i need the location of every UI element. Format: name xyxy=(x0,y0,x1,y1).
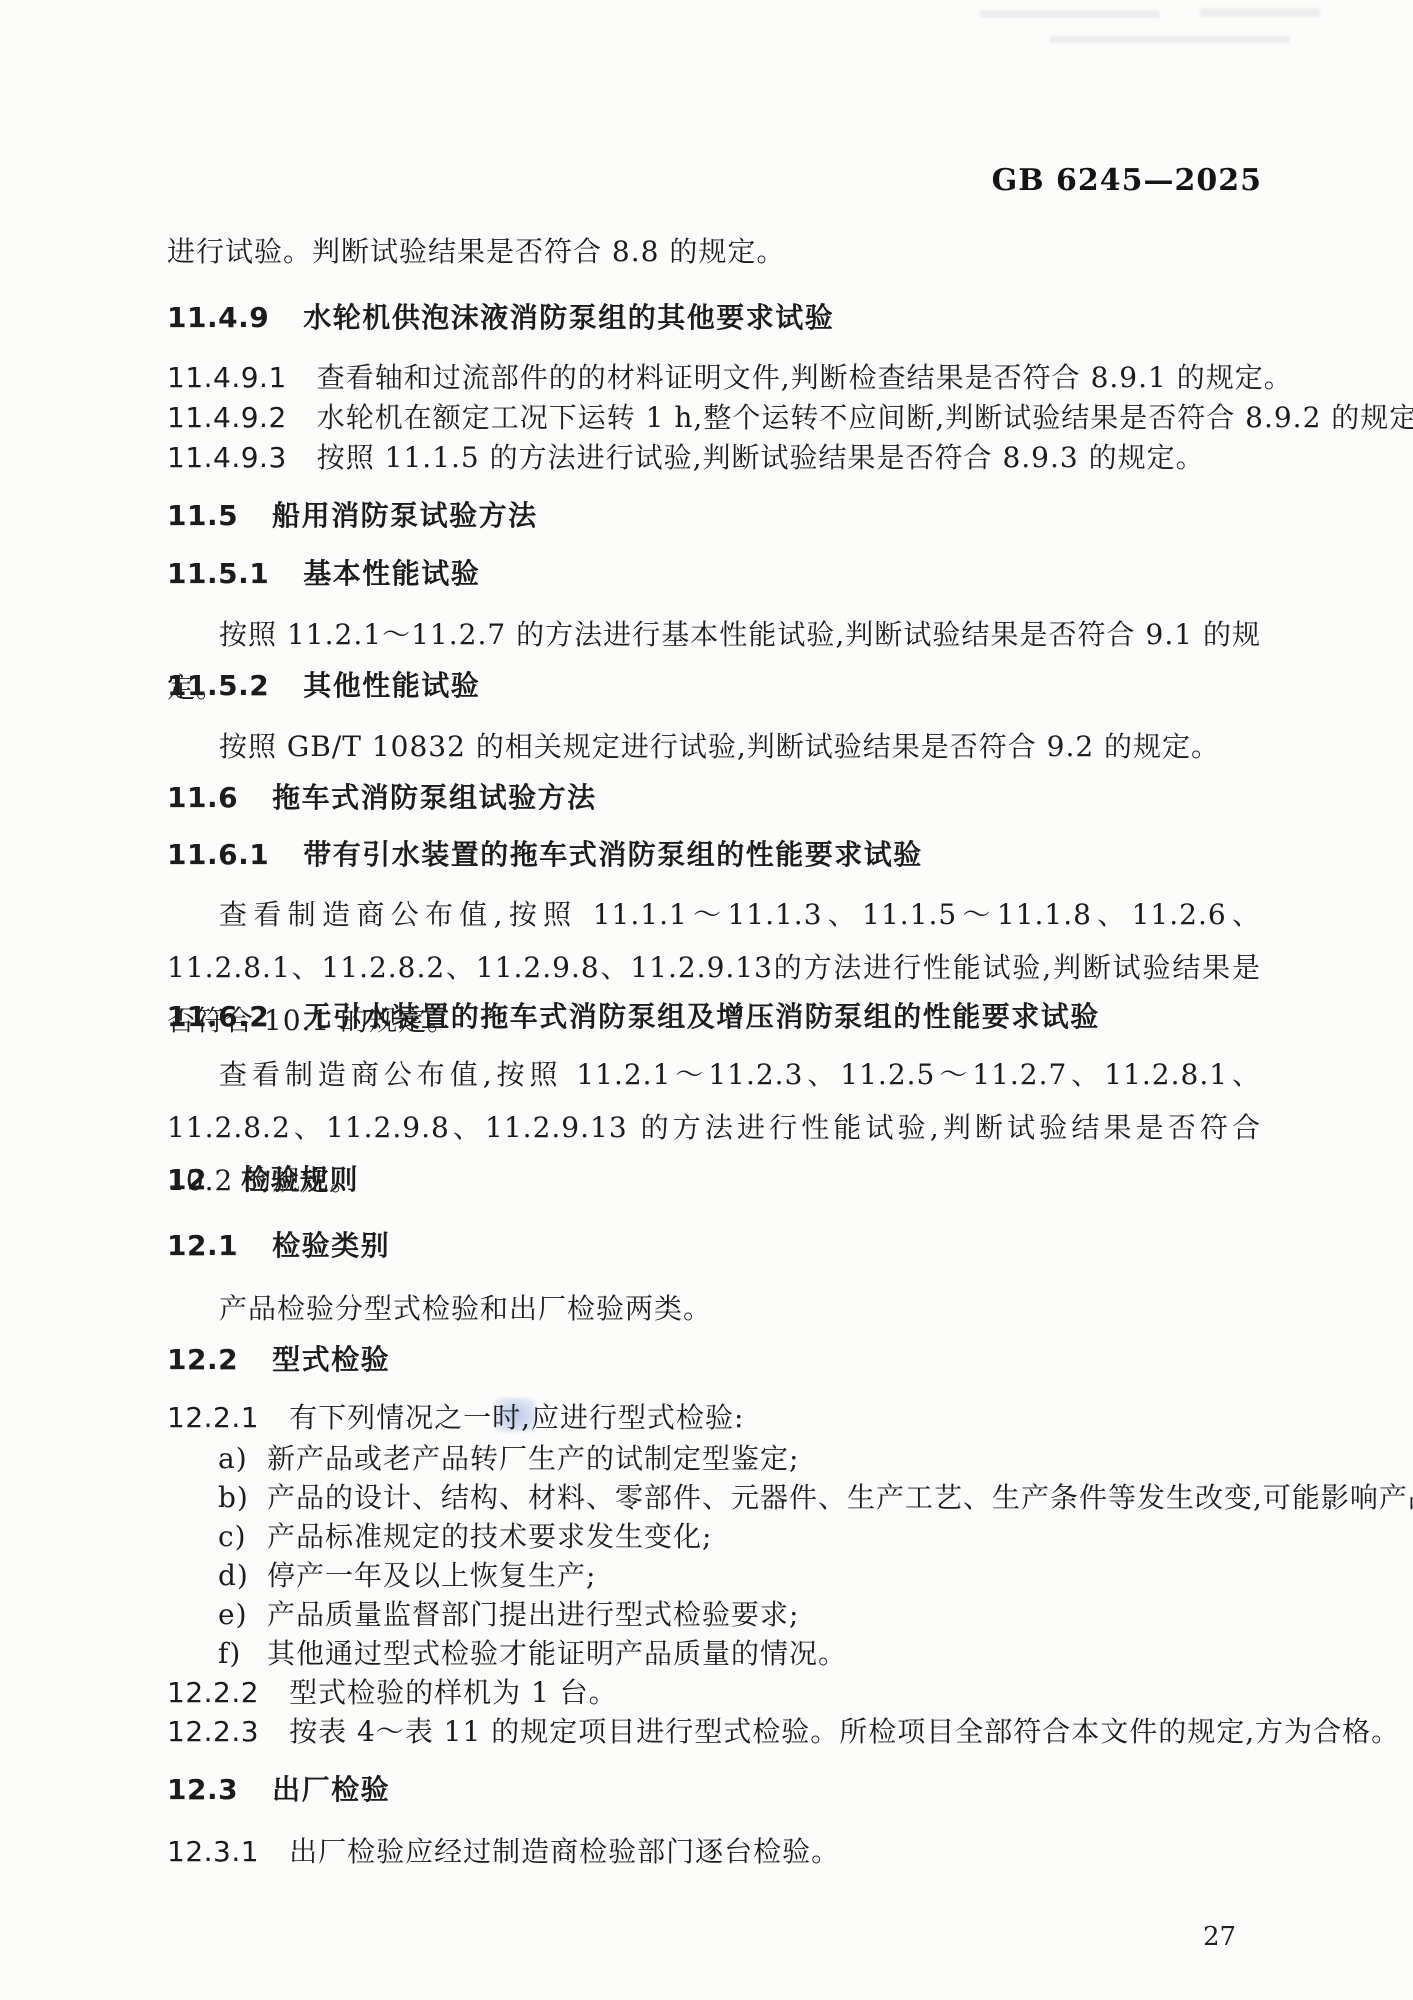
list-item-c: c)产品标准规定的技术要求发生变化; xyxy=(167,1515,1348,1555)
section-number: 11.6 xyxy=(167,781,238,814)
section-title: 检验类别 xyxy=(272,1229,390,1262)
clause-number: 12.3.1 xyxy=(167,1835,259,1868)
clause-number: 11.4.9.2 xyxy=(167,401,287,434)
running-header-standard-number: GB 6245—2025 xyxy=(992,163,1262,198)
clause-12-3-1: 12.3.1出厂检验应经过制造商检验部门逐台检验。 xyxy=(167,1830,1297,1870)
section-number: 12 xyxy=(167,1163,207,1196)
section-number: 12.3 xyxy=(167,1773,238,1806)
list-marker: e) xyxy=(218,1598,267,1631)
section-heading-11-4-9: 11.4.9水轮机供泡沫液消防泵组的其他要求试验 xyxy=(167,296,1297,336)
section-number: 11.5 xyxy=(167,499,238,532)
list-marker: c) xyxy=(218,1520,267,1553)
section-title: 检验规则 xyxy=(241,1163,359,1196)
clause-text: 有下列情况之一时,应进行型式检验: xyxy=(289,1401,744,1434)
list-marker: f) xyxy=(218,1637,267,1670)
list-text: 产品标准规定的技术要求发生变化; xyxy=(267,1520,712,1553)
section-number: 11.4.9 xyxy=(167,301,269,334)
body-text: 进行试验。判断试验结果是否符合 8.8 的规定。 xyxy=(167,235,785,268)
section-heading-12: 12检验规则 xyxy=(167,1158,1297,1198)
list-marker: d) xyxy=(218,1559,267,1592)
list-marker: b) xyxy=(218,1481,267,1514)
section-heading-12-2: 12.2型式检验 xyxy=(167,1338,1297,1378)
list-item-e: e)产品质量监督部门提出进行型式检验要求; xyxy=(167,1593,1348,1633)
list-item-f: f)其他通过型式检验才能证明产品质量的情况。 xyxy=(167,1632,1348,1672)
section-number: 12.1 xyxy=(167,1229,238,1262)
scan-artifact xyxy=(1050,36,1290,43)
clause-11-4-9-1: 11.4.9.1查看轴和过流部件的的材料证明文件,判断检查结果是否符合 8.9.… xyxy=(167,356,1297,396)
clause-12-2-1: 12.2.1有下列情况之一时,应进行型式检验: xyxy=(167,1396,1297,1436)
section-title: 拖车式消防泵组试验方法 xyxy=(272,781,597,814)
clause-text: 按照 11.1.5 的方法进行试验,判断试验结果是否符合 8.9.3 的规定。 xyxy=(317,441,1205,474)
paragraph-12-1: 产品检验分型式检验和出厂检验两类。 xyxy=(167,1282,1261,1335)
list-marker: a) xyxy=(218,1442,267,1475)
clause-11-4-9-2: 11.4.9.2水轮机在额定工况下运转 1 h,整个运转不应间断,判断试验结果是… xyxy=(167,396,1297,436)
list-text: 新产品或老产品转厂生产的试制定型鉴定; xyxy=(267,1442,799,1475)
section-title: 其他性能试验 xyxy=(303,669,480,702)
clause-number: 12.2.3 xyxy=(167,1715,259,1748)
list-item-d: d)停产一年及以上恢复生产; xyxy=(167,1554,1348,1594)
clause-text: 查看轴和过流部件的的材料证明文件,判断检查结果是否符合 8.9.1 的规定。 xyxy=(317,361,1293,394)
list-text: 停产一年及以上恢复生产; xyxy=(267,1559,596,1592)
list-text: 其他通过型式检验才能证明产品质量的情况。 xyxy=(267,1637,847,1670)
clause-text: 出厂检验应经过制造商检验部门逐台检验。 xyxy=(289,1835,840,1868)
section-number: 11.6.2 xyxy=(167,1000,269,1033)
section-heading-11-5-2: 11.5.2其他性能试验 xyxy=(167,664,1297,704)
clause-number: 11.4.9.1 xyxy=(167,361,287,394)
clause-12-2-2: 12.2.2型式检验的样机为 1 台。 xyxy=(167,1671,1297,1711)
clause-text: 型式检验的样机为 1 台。 xyxy=(289,1676,618,1709)
list-item-b: b)产品的设计、结构、材料、零部件、元器件、生产工艺、生产条件等发生改变,可能影… xyxy=(167,1476,1348,1516)
clause-text: 按表 4～表 11 的规定项目进行型式检验。所检项目全部符合本文件的规定,方为合… xyxy=(289,1715,1400,1748)
section-heading-12-1: 12.1检验类别 xyxy=(167,1224,1297,1264)
section-title: 出厂检验 xyxy=(272,1773,390,1806)
list-text: 产品质量监督部门提出进行型式检验要求; xyxy=(267,1598,799,1631)
clause-number: 12.2.2 xyxy=(167,1676,259,1709)
section-number: 11.6.1 xyxy=(167,838,269,871)
section-heading-11-6-1: 11.6.1带有引水装置的拖车式消防泵组的性能要求试验 xyxy=(167,833,1297,873)
clause-text: 水轮机在额定工况下运转 1 h,整个运转不应间断,判断试验结果是否符合 8.9.… xyxy=(317,401,1413,434)
section-title: 水轮机供泡沫液消防泵组的其他要求试验 xyxy=(303,301,834,334)
section-number: 12.2 xyxy=(167,1343,238,1376)
clause-number: 12.2.1 xyxy=(167,1401,259,1434)
section-heading-11-6: 11.6拖车式消防泵组试验方法 xyxy=(167,776,1297,816)
clause-11-4-9-3: 11.4.9.3按照 11.1.5 的方法进行试验,判断试验结果是否符合 8.9… xyxy=(167,436,1297,476)
document-page: GB 6245—2025 进行试验。判断试验结果是否符合 8.8 的规定。 11… xyxy=(0,0,1413,2000)
section-title: 船用消防泵试验方法 xyxy=(272,499,538,532)
list-text: 产品的设计、结构、材料、零部件、元器件、生产工艺、生产条件等发生改变,可能影响产… xyxy=(267,1481,1413,1514)
scan-artifact xyxy=(1200,8,1320,17)
section-title: 带有引水装置的拖车式消防泵组的性能要求试验 xyxy=(303,838,923,871)
section-heading-11-6-2: 11.6.2无引水装置的拖车式消防泵组及增压消防泵组的性能要求试验 xyxy=(167,995,1297,1035)
section-heading-11-5-1: 11.5.1基本性能试验 xyxy=(167,552,1297,592)
paragraph-continuation: 进行试验。判断试验结果是否符合 8.8 的规定。 xyxy=(167,230,1297,270)
section-title: 无引水装置的拖车式消防泵组及增压消防泵组的性能要求试验 xyxy=(303,1000,1100,1033)
clause-number: 11.4.9.3 xyxy=(167,441,287,474)
scan-artifact xyxy=(980,10,1160,18)
section-title: 基本性能试验 xyxy=(303,557,480,590)
section-number: 11.5.1 xyxy=(167,557,269,590)
section-heading-11-5: 11.5船用消防泵试验方法 xyxy=(167,494,1297,534)
section-number: 11.5.2 xyxy=(167,669,269,702)
section-title: 型式检验 xyxy=(272,1343,390,1376)
list-item-a: a)新产品或老产品转厂生产的试制定型鉴定; xyxy=(167,1437,1348,1477)
page-number: 27 xyxy=(1203,1922,1236,1952)
section-heading-12-3: 12.3出厂检验 xyxy=(167,1768,1297,1808)
clause-12-2-3: 12.2.3按表 4～表 11 的规定项目进行型式检验。所检项目全部符合本文件的… xyxy=(167,1710,1297,1750)
paragraph-11-5-2: 按照 GB/T 10832 的相关规定进行试验,判断试验结果是否符合 9.2 的… xyxy=(167,720,1261,773)
